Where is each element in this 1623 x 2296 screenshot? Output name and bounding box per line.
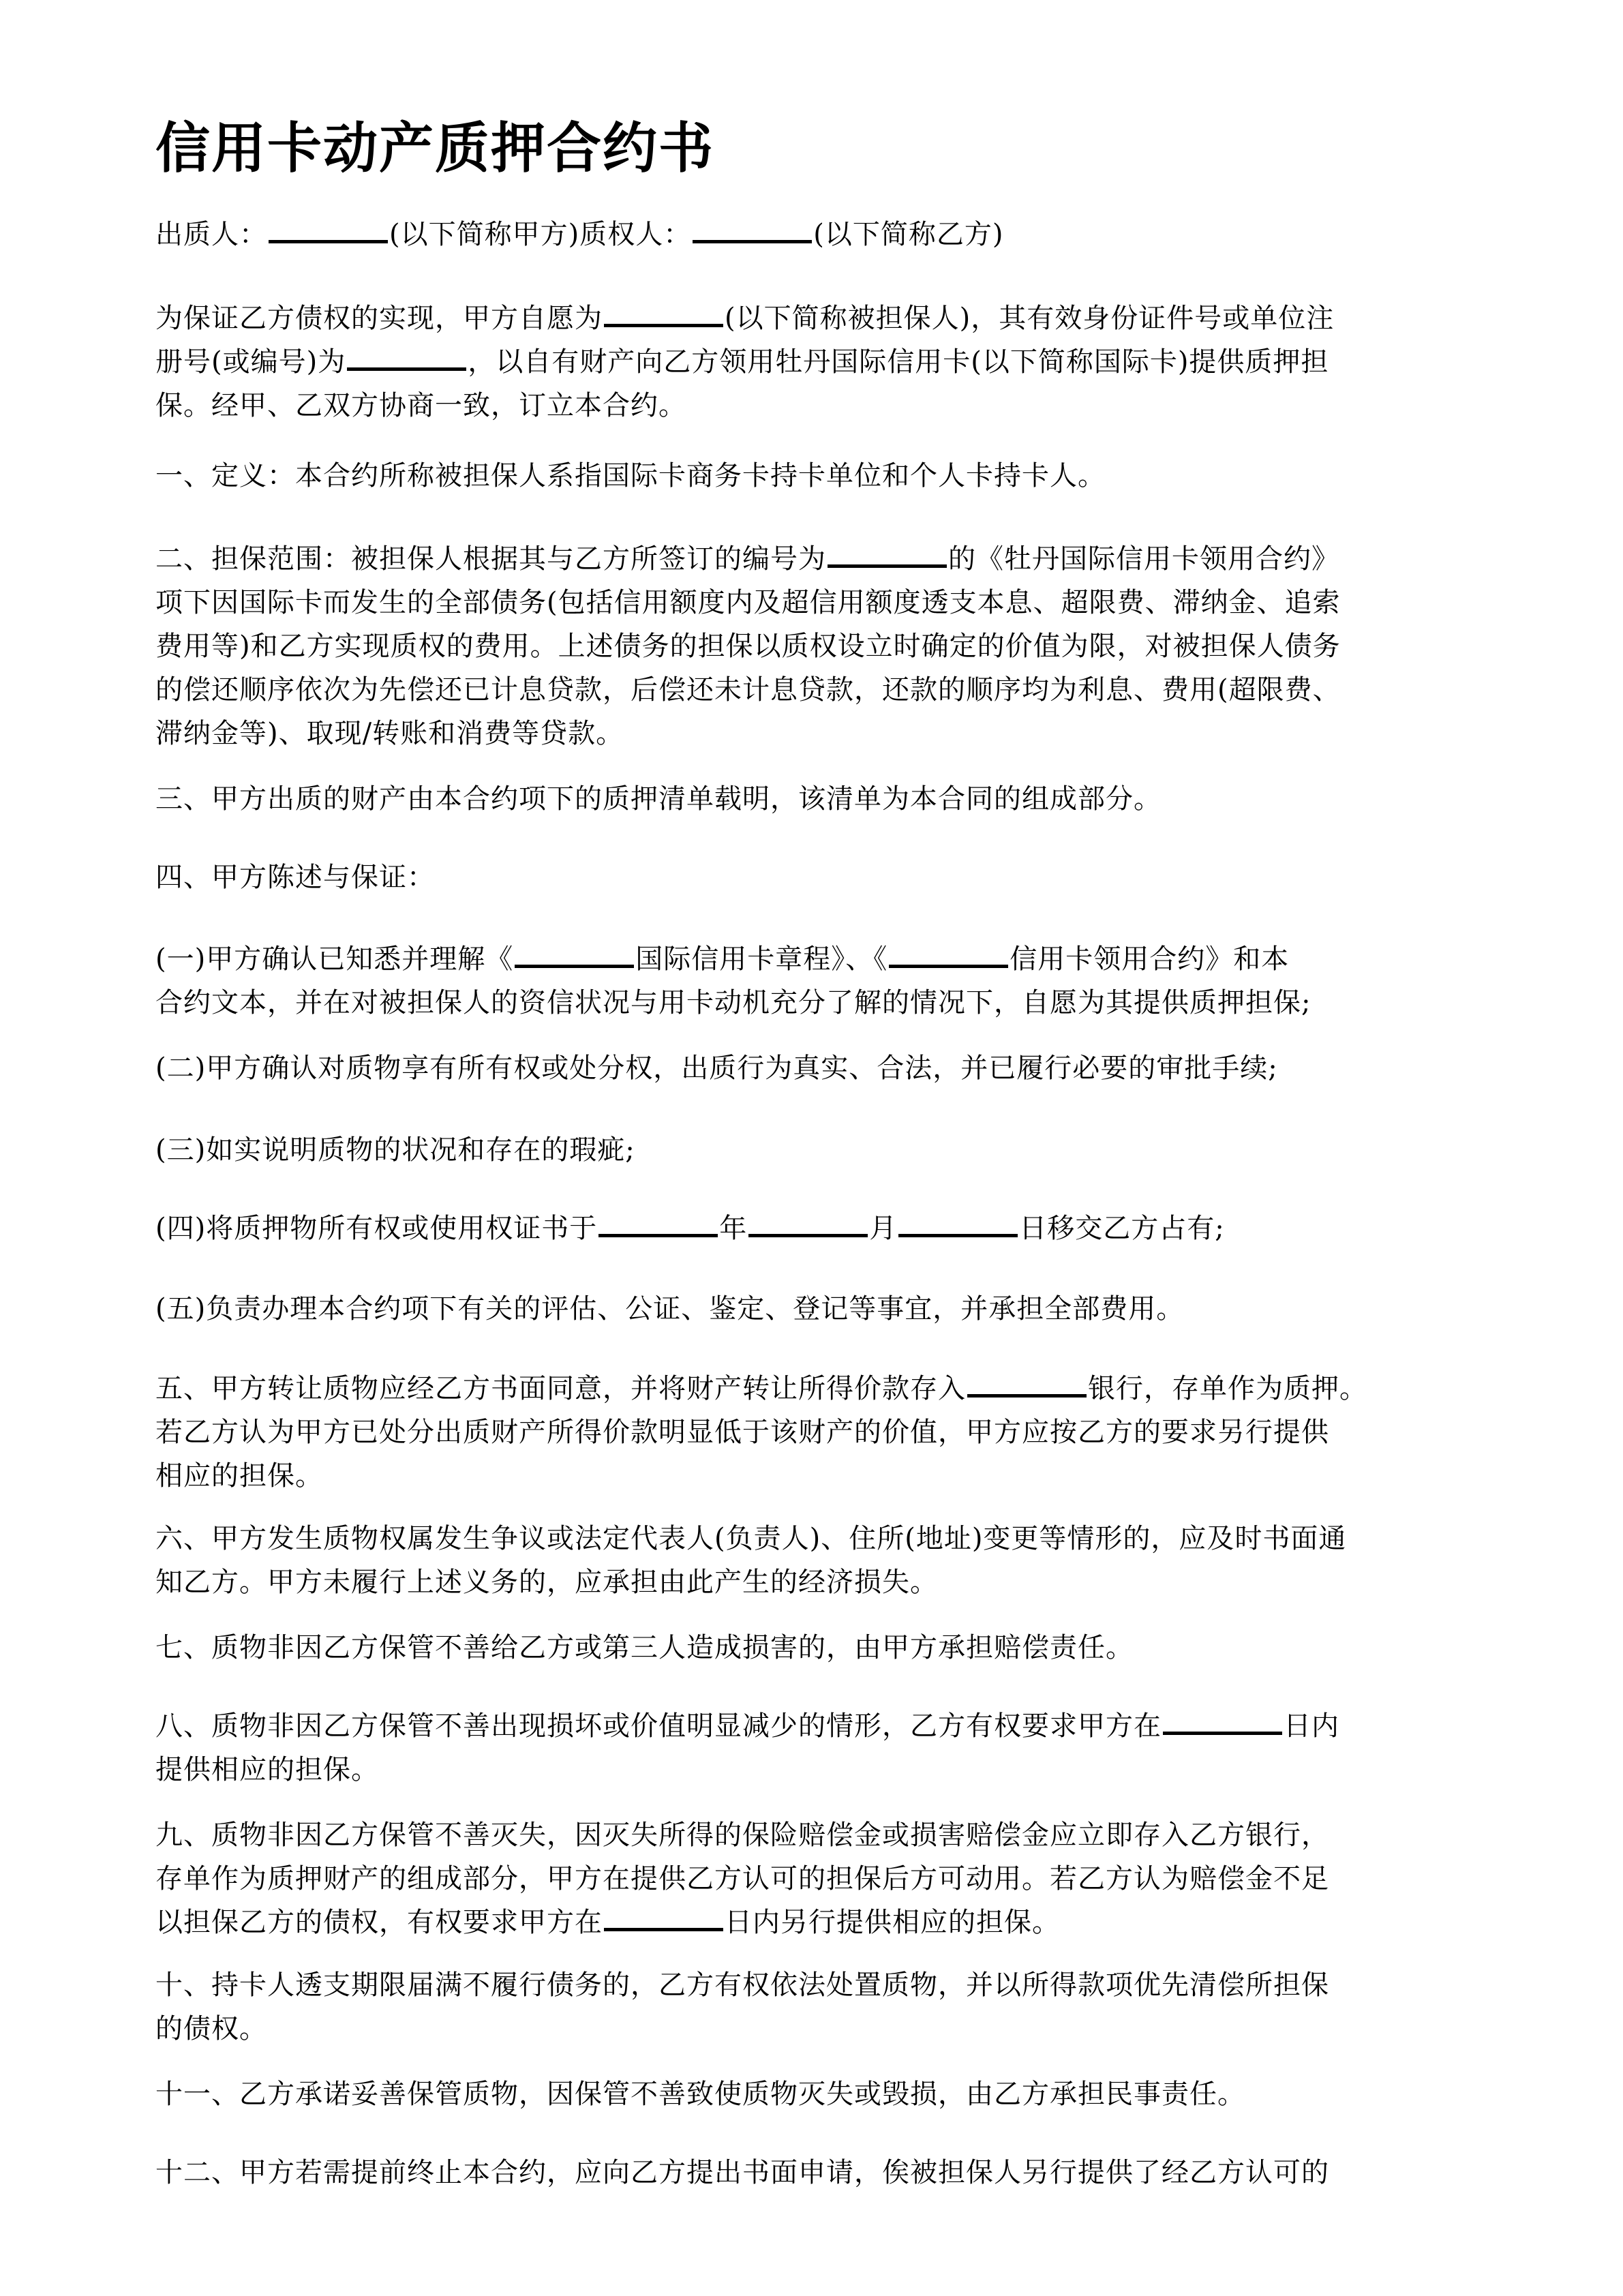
document-title: 信用卡动产质押合约书 [155, 115, 714, 183]
clause-2: 二、担保范围：被担保人根据其与乙方所签订的编号为的《牡丹国际信用卡领用合约》 项… [155, 537, 1546, 755]
clause-8: 八、质物非因乙方保管不善出现损坏或价值明显减少的情形，乙方有权要求甲方在日内 提… [155, 1704, 1546, 1792]
text: 册号(或编号)为 [155, 346, 346, 378]
clause-4-heading: 四、甲方陈述与保证： [155, 856, 1546, 899]
clause-5: 五、甲方转让质物应经乙方书面同意，并将财产转让所得价款存入银行，存单作为质押。 … [155, 1367, 1546, 1498]
clause-3: 三、甲方出质的财产由本合约项下的质押清单载明，该清单为本合同的组成部分。 [155, 777, 1546, 821]
contract-number-blank[interactable] [828, 540, 947, 568]
pledgee-label: 质权人： [579, 219, 691, 250]
month-blank[interactable] [748, 1209, 868, 1237]
text: 日移交乙方占有; [1019, 1213, 1224, 1244]
text: 国际信用卡章程》、《 [635, 943, 888, 975]
pledgor-blank[interactable] [269, 215, 388, 243]
text: 八、质物非因乙方保管不善出现损坏或价值明显减少的情形，乙方有权要求甲方在 [155, 1710, 1162, 1742]
pledgor-label: 出质人： [155, 219, 267, 250]
text: 的债权。 [155, 2007, 1546, 2051]
text: 日内另行提供相应的担保。 [725, 1907, 1060, 1938]
text: (二)甲方确认对质物享有所有权或处分权，出质行为真实、合法，并已履行必要的审批手… [155, 1046, 1546, 1090]
text: 七、质物非因乙方保管不善给乙方或第三人造成损害的，由甲方承担赔偿责任。 [155, 1626, 1546, 1670]
pledgee-blank[interactable] [693, 215, 812, 243]
clause-11: 十一、乙方承诺妥善保管质物，因保管不善致使质物灭失或毁损，由乙方承担民事责任。 [155, 2072, 1546, 2116]
text: 年 [719, 1213, 747, 1244]
text: (一)甲方确认已知悉并理解《 [155, 943, 513, 975]
text: 提供相应的担保。 [155, 1748, 1546, 1792]
text: 二、担保范围：被担保人根据其与乙方所签订的编号为 [155, 543, 826, 575]
text: 以担保乙方的债权，有权要求甲方在 [155, 1907, 603, 1938]
text: (五)负责办理本合约项下有关的评估、公证、鉴定、登记等事宜，并承担全部费用。 [155, 1287, 1546, 1331]
text: 银行，存单作为质押。 [1088, 1373, 1367, 1404]
text: 月 [869, 1213, 897, 1244]
text: 的偿还顺序依次为先偿还已计息贷款，后偿还未计息贷款，还款的顺序均为利息、费用(超… [155, 668, 1546, 712]
text: 项下因国际卡而发生的全部债务(包括信用额度内及超信用额度透支本息、超限费、滞纳金… [155, 581, 1546, 624]
clause-10: 十、持卡人透支期限届满不履行债务的，乙方有权依法处置质物，并以所得款项优先清偿所… [155, 1963, 1546, 2051]
text: 一、定义：本合约所称被担保人系指国际卡商务卡持卡单位和个人卡持卡人。 [155, 454, 1546, 498]
text: 九、质物非因乙方保管不善灭失，因灭失所得的保险赔偿金或损害赔偿金应立即存入乙方银… [155, 1813, 1546, 1857]
pledgee-suffix: (以下简称乙方) [813, 219, 1003, 250]
text: (四)将质押物所有权或使用权证书于 [155, 1213, 597, 1244]
text: 三、甲方出质的财产由本合约项下的质押清单载明，该清单为本合同的组成部分。 [155, 777, 1546, 821]
text: 十二、甲方若需提前终止本合约，应向乙方提出书面申请，俟被担保人另行提供了经乙方认… [155, 2151, 1546, 2194]
clause-7: 七、质物非因乙方保管不善给乙方或第三人造成损害的，由甲方承担赔偿责任。 [155, 1626, 1546, 1670]
text: 相应的担保。 [155, 1454, 1546, 1498]
charter-name-blank[interactable] [515, 940, 634, 968]
clause-4-2: (二)甲方确认对质物享有所有权或处分权，出质行为真实、合法，并已履行必要的审批手… [155, 1046, 1546, 1090]
text: (三)如实说明质物的状况和存在的瑕疵; [155, 1128, 1546, 1172]
text: 保。经甲、乙双方协商一致，订立本合约。 [155, 390, 686, 421]
clause-4-3: (三)如实说明质物的状况和存在的瑕疵; [155, 1128, 1546, 1172]
clause-4-4: (四)将质押物所有权或使用权证书于年月日移交乙方占有; [155, 1207, 1546, 1250]
text: 为保证乙方债权的实现，甲方自愿为 [155, 303, 603, 334]
text: 若乙方认为甲方已处分出质财产所得价款明显低于该财产的价值，甲方应按乙方的要求另行… [155, 1410, 1546, 1454]
text: 信用卡领用合约》和本 [1010, 943, 1289, 975]
text: 的《牡丹国际信用卡领用合约》 [948, 543, 1339, 575]
text: 十、持卡人透支期限届满不履行债务的，乙方有权依法处置质物，并以所得款项优先清偿所… [155, 1963, 1546, 2007]
year-blank[interactable] [598, 1209, 718, 1237]
clause-9: 九、质物非因乙方保管不善灭失，因灭失所得的保险赔偿金或损害赔偿金应立即存入乙方银… [155, 1813, 1546, 1944]
text: 知乙方。甲方未履行上述义务的，应承担由此产生的经济损失。 [155, 1560, 1546, 1604]
text: 六、甲方发生质物权属发生争议或法定代表人(负责人)、住所(地址)变更等情形的，应… [155, 1517, 1546, 1560]
text: 日内 [1284, 1710, 1339, 1742]
clause-1: 一、定义：本合约所称被担保人系指国际卡商务卡持卡单位和个人卡持卡人。 [155, 454, 1546, 498]
text: 五、甲方转让质物应经乙方书面同意，并将财产转让所得价款存入 [155, 1373, 966, 1404]
card-contract-name-blank[interactable] [889, 940, 1008, 968]
text: 合约文本，并在对被担保人的资信状况与用卡动机充分了解的情况下，自愿为其提供质押担… [155, 981, 1546, 1025]
text: 存单作为质押财产的组成部分，甲方在提供乙方认可的担保后方可动用。若乙方认为赔偿金… [155, 1857, 1546, 1901]
id-number-blank[interactable] [347, 343, 466, 371]
clause-6: 六、甲方发生质物权属发生争议或法定代表人(负责人)、住所(地址)变更等情形的，应… [155, 1517, 1546, 1604]
days-blank-1[interactable] [1163, 1707, 1282, 1735]
text: 滞纳金等)、取现/转账和消费等贷款。 [155, 712, 1546, 755]
preamble: 为保证乙方债权的实现，甲方自愿为(以下简称被担保人)，其有效身份证件号或单位注 … [155, 297, 1546, 427]
clause-4-1: (一)甲方确认已知悉并理解《国际信用卡章程》、《信用卡领用合约》和本 合约文本，… [155, 937, 1546, 1025]
clause-4-5: (五)负责办理本合约项下有关的评估、公证、鉴定、登记等事宜，并承担全部费用。 [155, 1287, 1546, 1331]
text: 费用等)和乙方实现质权的费用。上述债务的担保以质权设立时确定的价值为限，对被担保… [155, 624, 1546, 668]
text: 四、甲方陈述与保证： [155, 856, 1546, 899]
bank-name-blank[interactable] [967, 1370, 1087, 1398]
guaranteed-party-blank[interactable] [604, 299, 723, 327]
day-blank[interactable] [898, 1209, 1018, 1237]
text: ，以自有财产向乙方领用牡丹国际信用卡(以下简称国际卡)提供质押担 [468, 346, 1329, 378]
text: (以下简称被担保人)，其有效身份证件号或单位注 [725, 303, 1334, 334]
parties-line: 出质人：(以下简称甲方)质权人：(以下简称乙方) [155, 213, 1546, 256]
text: 十一、乙方承诺妥善保管质物，因保管不善致使质物灭失或毁损，由乙方承担民事责任。 [155, 2072, 1546, 2116]
days-blank-2[interactable] [604, 1903, 723, 1931]
clause-12: 十二、甲方若需提前终止本合约，应向乙方提出书面申请，俟被担保人另行提供了经乙方认… [155, 2151, 1546, 2194]
pledgor-suffix: (以下简称甲方) [389, 219, 579, 250]
